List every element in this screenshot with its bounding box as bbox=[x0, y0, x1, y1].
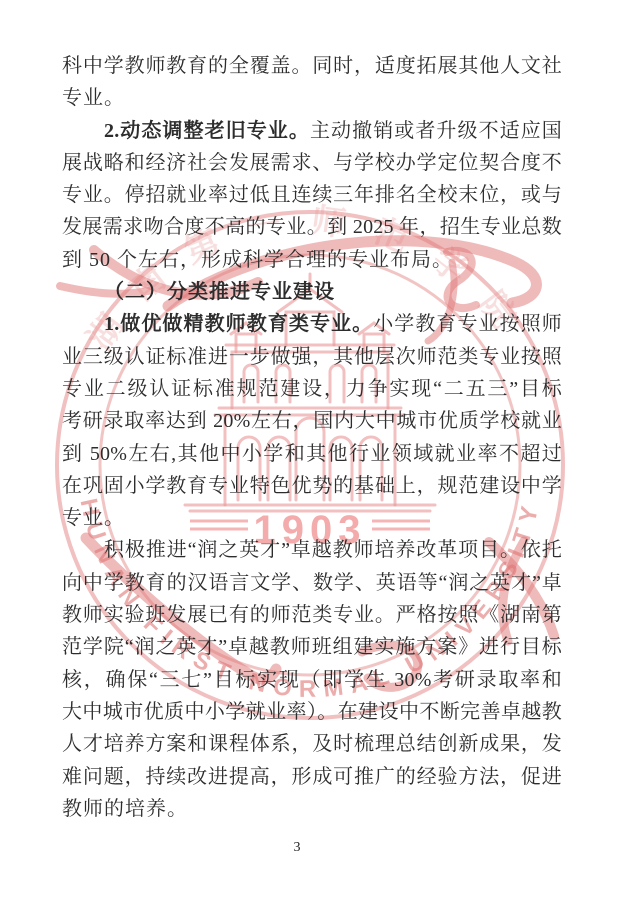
text-run: 核，确保“三七”目标实现（即学生 30%考研录取率和 70% bbox=[62, 669, 562, 696]
text-run: 在巩固小学教育专业特色优势的基础上，规范建设中学教育 bbox=[62, 475, 562, 502]
text-run: 考研录取率达到 20%左右，国内大中城市优质学校就业率达 bbox=[62, 410, 562, 437]
text-run: 发展需求吻合度不高的专业。到 2025 年，招生专业总数达 bbox=[62, 216, 562, 243]
text-line: 1.做优做精教师教育类专业。小学教育专业按照师范专 bbox=[62, 308, 562, 340]
text-line: 到 50%左右,其他中小学和其他行业领域就业率不超过 30%）。 bbox=[62, 438, 562, 470]
text-run: 业三级认证标准进一步做强，其他层次师范类专业按照师范 bbox=[62, 346, 562, 373]
text-line: 业三级认证标准进一步做强，其他层次师范类专业按照师范 bbox=[62, 341, 562, 373]
text-run: 教师的培养。 bbox=[62, 798, 188, 820]
text-run: 积极推进“润之英才”卓越教师培养改革项目。依托面 bbox=[104, 539, 562, 566]
text-line: 大中城市优质中小学就业率）。在建设中不断完善卓越教师 bbox=[62, 696, 562, 728]
text-run: 范学院“润之英才”卓越教师班组建实施方案》进行目标考 bbox=[62, 636, 562, 663]
document-page: 湖南第一师范学院 HUNAN FIRST NORMAL UNIVERSITY bbox=[0, 0, 624, 907]
text-run: 难问题，持续改进提高，形成可推广的经验方法，促进卓越 bbox=[62, 766, 562, 793]
bold-run: 1.做优做精教师教育类专业。 bbox=[104, 313, 373, 335]
text-run: 专业二级认证标准规范建设，力争实现“二五三”目标（即 bbox=[62, 378, 562, 405]
text-line: 在巩固小学教育专业特色优势的基础上，规范建设中学教育 bbox=[62, 470, 562, 502]
text-run: 专业。 bbox=[62, 87, 125, 109]
document-body: 科中学教师教育的全覆盖。同时，适度拓展其他人文社科类专业。2.动态调整老旧专业。… bbox=[62, 50, 562, 825]
text-line: 发展需求吻合度不高的专业。到 2025 年，招生专业总数达 bbox=[62, 211, 562, 243]
text-line: 2.动态调整老旧专业。主动撤销或者升级不适应国家发 bbox=[62, 115, 562, 147]
text-line: 范学院“润之英才”卓越教师班组建实施方案》进行目标考 bbox=[62, 631, 562, 663]
text-run: 科中学教师教育的全覆盖。同时，适度拓展其他人文社科类 bbox=[62, 55, 562, 82]
bold-run: （二）分类推进专业建设 bbox=[104, 281, 335, 303]
text-line: （二）分类推进专业建设 bbox=[62, 276, 562, 308]
text-line: 向中学教育的汉语言文学、数学、英语等“润之英才”卓越 bbox=[62, 567, 562, 599]
text-run: 向中学教育的汉语言文学、数学、英语等“润之英才”卓越 bbox=[62, 572, 562, 599]
text-line: 难问题，持续改进提高，形成可推广的经验方法，促进卓越 bbox=[62, 761, 562, 793]
text-run: 大中城市优质中小学就业率）。在建设中不断完善卓越教师 bbox=[62, 701, 562, 728]
text-run: 展战略和经济社会发展需求、与学校办学定位契合度不高的 bbox=[62, 152, 562, 179]
text-line: 积极推进“润之英才”卓越教师培养改革项目。依托面 bbox=[62, 534, 562, 566]
text-line: 专业。 bbox=[62, 82, 562, 114]
text-line: 人才培养方案和课程体系，及时梳理总结创新成果，发现困 bbox=[62, 728, 562, 760]
text-line: 教师实验班发展已有的师范类专业。严格按照《湖南第一师 bbox=[62, 599, 562, 631]
text-line: 专业二级认证标准规范建设，力争实现“二五三”目标（即 bbox=[62, 373, 562, 405]
text-run: 专业。停招就业率过低且连续三年排名全校末位，或与产业 bbox=[62, 184, 562, 211]
page-number: 3 bbox=[62, 840, 532, 856]
text-line: 科中学教师教育的全覆盖。同时，适度拓展其他人文社科类 bbox=[62, 50, 562, 82]
text-line: 专业。 bbox=[62, 502, 562, 534]
text-run: 教师实验班发展已有的师范类专业。严格按照《湖南第一师 bbox=[62, 604, 562, 631]
text-line: 展战略和经济社会发展需求、与学校办学定位契合度不高的 bbox=[62, 147, 562, 179]
text-run: 人才培养方案和课程体系，及时梳理总结创新成果，发现困 bbox=[62, 733, 562, 760]
text-line: 考研录取率达到 20%左右，国内大中城市优质学校就业率达 bbox=[62, 405, 562, 437]
text-line: 教师的培养。 bbox=[62, 793, 562, 825]
bold-run: 2.动态调整老旧专业。 bbox=[104, 120, 310, 142]
text-run: 到 50 个左右，形成科学合理的专业布局。 bbox=[62, 249, 453, 271]
text-line: 到 50 个左右，形成科学合理的专业布局。 bbox=[62, 244, 562, 276]
text-run: 到 50%左右,其他中小学和其他行业领域就业率不超过 30%）。 bbox=[62, 443, 562, 470]
text-line: 核，确保“三七”目标实现（即学生 30%考研录取率和 70% bbox=[62, 664, 562, 696]
text-run: 专业。 bbox=[62, 507, 125, 529]
text-line: 专业。停招就业率过低且连续三年排名全校末位，或与产业 bbox=[62, 179, 562, 211]
